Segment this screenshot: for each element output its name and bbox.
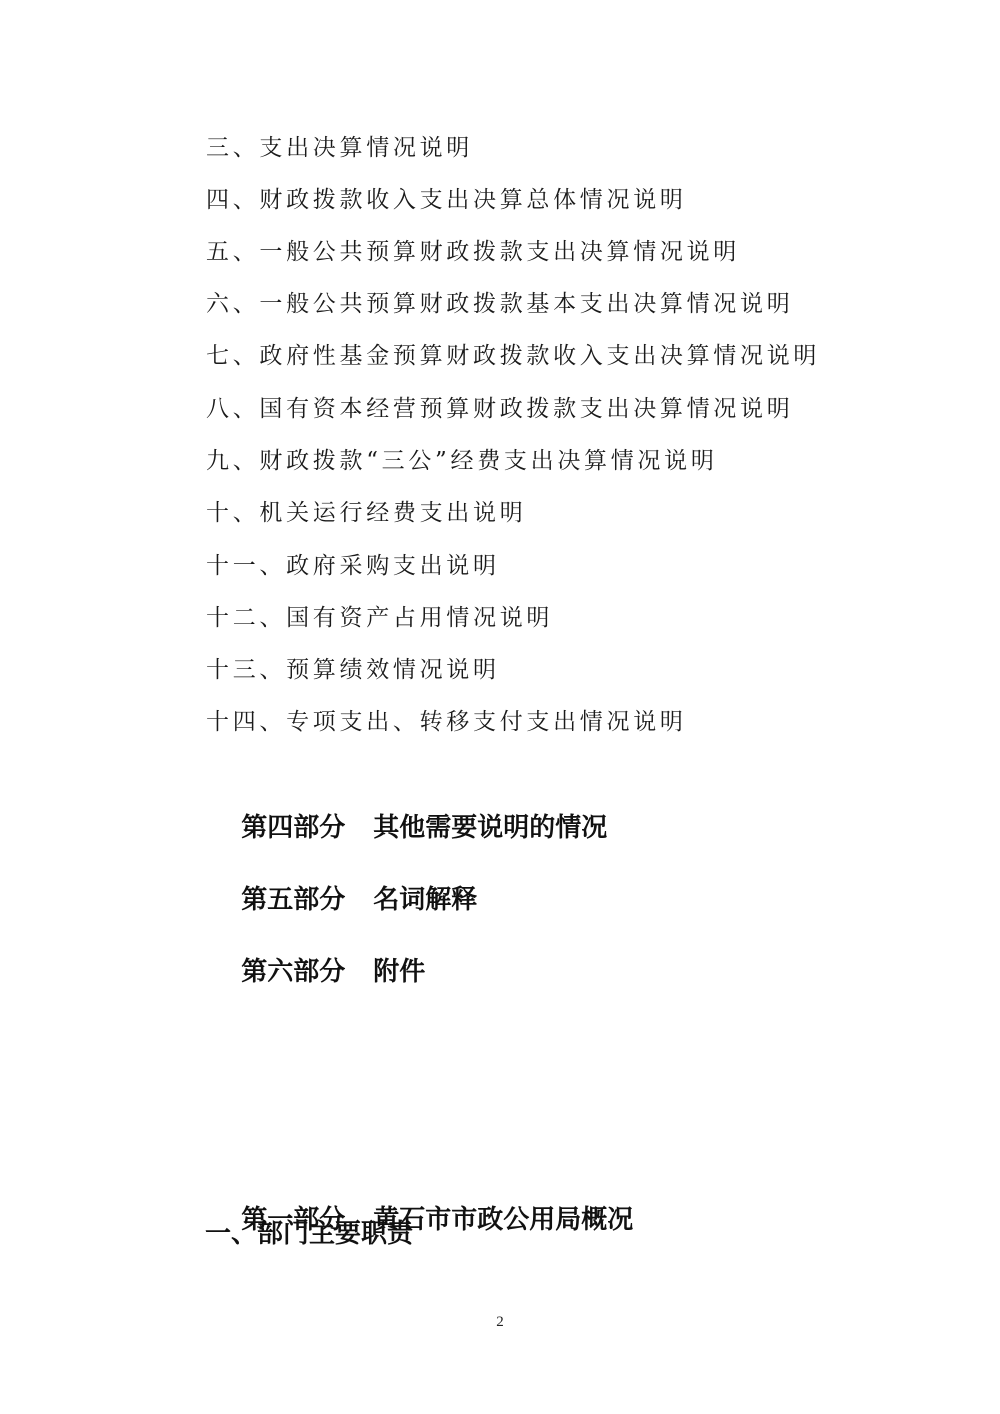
part-title: 附件 xyxy=(373,956,425,988)
toc-part-6: 第六部分附件 xyxy=(205,924,425,956)
toc-item-10: 十、机关运行经费支出说明 xyxy=(206,498,526,528)
body-part-heading: 第一部分黄石市市政公用局概况 xyxy=(205,1172,633,1204)
part-title: 名词解释 xyxy=(373,884,477,916)
document-page: 三、支出决算情况说明 四、财政拨款收入支出决算总体情况说明 五、一般公共预算财政… xyxy=(0,0,1000,1414)
toc-item-8: 八、国有资本经营预算财政拨款支出决算情况说明 xyxy=(206,394,793,424)
toc-item-11: 十一、政府采购支出说明 xyxy=(206,551,500,581)
toc-item-14: 十四、专项支出、转移支付支出情况说明 xyxy=(206,707,687,737)
toc-part-5: 第五部分名词解释 xyxy=(205,852,477,884)
part-title: 其他需要说明的情况 xyxy=(373,812,607,844)
toc-item-12: 十二、国有资产占用情况说明 xyxy=(206,603,553,633)
toc-item-5: 五、一般公共预算财政拨款支出决算情况说明 xyxy=(206,237,740,267)
toc-item-13: 十三、预算绩效情况说明 xyxy=(206,655,500,685)
part-number: 第四部分 xyxy=(241,812,345,844)
toc-item-9: 九、财政拨款“三公”经费支出决算情况说明 xyxy=(206,446,718,476)
toc-item-6: 六、一般公共预算财政拨款基本支出决算情况说明 xyxy=(206,289,793,319)
toc-item-7: 七、政府性基金预算财政拨款收入支出决算情况说明 xyxy=(206,341,820,371)
toc-item-3: 三、支出决算情况说明 xyxy=(206,133,473,163)
section-heading: 一、部门主要职责 xyxy=(205,1218,413,1250)
toc-part-4: 第四部分其他需要说明的情况 xyxy=(205,780,607,812)
toc-item-4: 四、财政拨款收入支出决算总体情况说明 xyxy=(206,185,687,215)
page-number: 2 xyxy=(0,1312,1000,1332)
part-number: 第六部分 xyxy=(241,956,345,988)
part-number: 第五部分 xyxy=(241,884,345,916)
